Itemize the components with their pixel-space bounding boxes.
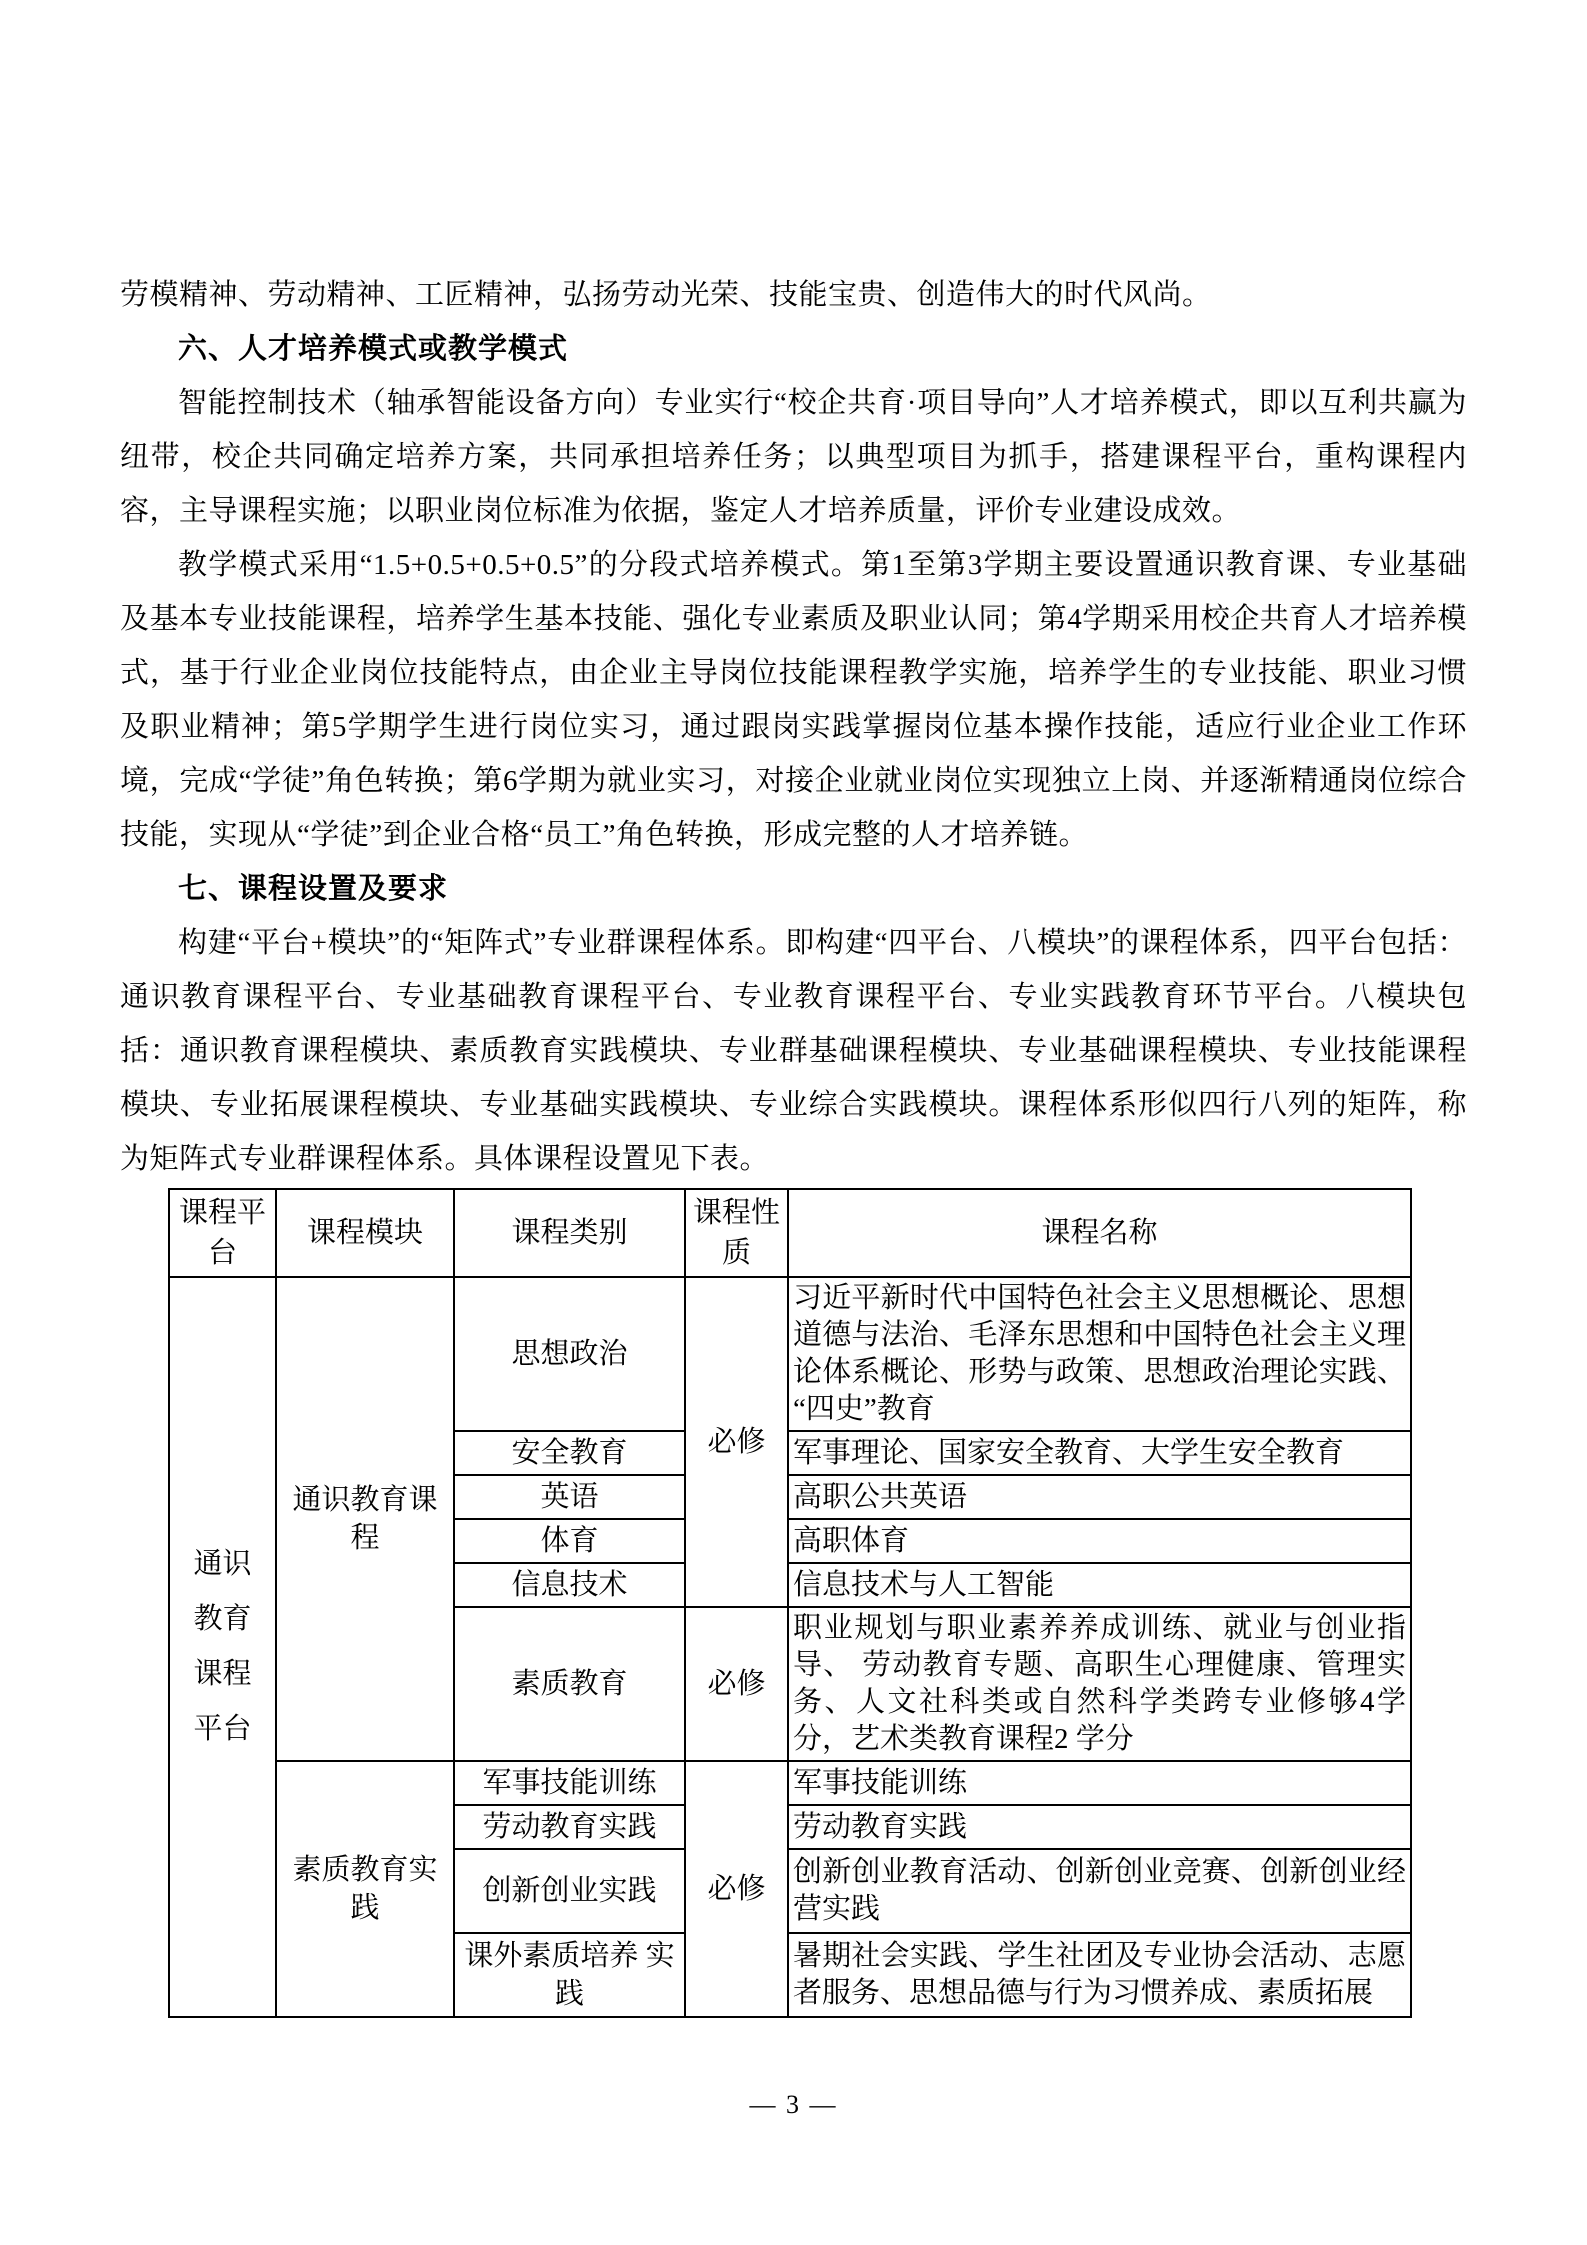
- courses-cell: 高职体育: [788, 1519, 1411, 1563]
- courses-cell: 信息技术与人工智能: [788, 1563, 1411, 1607]
- section6-paragraph-2: 教学模式采用“1.5+0.5+0.5+0.5”的分段式培养模式。第1至第3学期主…: [120, 538, 1467, 862]
- header-course-name: 课程名称: [788, 1189, 1411, 1277]
- table-header-row: 课程平台 课程模块 课程类别 课程性质 课程名称: [169, 1189, 1411, 1277]
- section6-paragraph-1: 智能控制技术（轴承智能设备方向）专业实行“校企共育·项目导向”人才培养模式，即以…: [120, 376, 1467, 538]
- category-cell: 信息技术: [454, 1563, 685, 1607]
- table-row: 素质教育实践 军事技能训练 必修 军事技能训练: [169, 1761, 1411, 1805]
- page-number: — 3 —: [750, 2090, 838, 2119]
- document-page: { "document": { "intro_line": "劳模精神、劳动精神…: [0, 0, 1587, 2245]
- category-cell: 创新创业实践: [454, 1849, 685, 1933]
- category-cell: 体育: [454, 1519, 685, 1563]
- section7-paragraph-1: 构建“平台+模块”的“矩阵式”专业群课程体系。即构建“四平台、八模块”的课程体系…: [120, 916, 1467, 1186]
- platform-line: 教育: [174, 1592, 271, 1647]
- intro-paragraph: 劳模精神、劳动精神、工匠精神，弘扬劳动光荣、技能宝贵、创造伟大的时代风尚。: [120, 268, 1467, 322]
- page-content: 劳模精神、劳动精神、工匠精神，弘扬劳动光荣、技能宝贵、创造伟大的时代风尚。 六、…: [0, 0, 1587, 2018]
- category-cell: 英语: [454, 1475, 685, 1519]
- nature-cell: 必修: [685, 1761, 788, 2017]
- category-cell: 思想政治: [454, 1277, 685, 1431]
- header-course-module: 课程模块: [276, 1189, 454, 1277]
- module-cell: 通识教育课程: [276, 1277, 454, 1761]
- courses-cell: 习近平新时代中国特色社会主义思想概论、思想道德与法治、毛泽东思想和中国特色社会主…: [788, 1277, 1411, 1431]
- courses-cell: 军事理论、国家安全教育、大学生安全教育: [788, 1431, 1411, 1475]
- category-cell: 劳动教育实践: [454, 1805, 685, 1849]
- courses-cell: 职业规划与职业素养养成训练、就业与创业指导、 劳动教育专题、高职生心理健康、管理…: [788, 1607, 1411, 1761]
- category-cell: 素质教育: [454, 1607, 685, 1761]
- nature-cell: 必修: [685, 1277, 788, 1607]
- nature-cell: 必修: [685, 1607, 788, 1761]
- header-course-platform: 课程平台: [169, 1189, 276, 1277]
- platform-line: 课程: [174, 1647, 271, 1702]
- section6-heading: 六、人才培养模式或教学模式: [120, 322, 1467, 376]
- platform-line: 平台: [174, 1702, 271, 1757]
- category-cell: 安全教育: [454, 1431, 685, 1475]
- table-row: 通识 教育 课程 平台 通识教育课程 思想政治 必修 习近平新时代中国特色社会主…: [169, 1277, 1411, 1431]
- header-course-nature: 课程性质: [685, 1189, 788, 1277]
- category-cell: 课外素质培养 实践: [454, 1933, 685, 2017]
- courses-cell: 劳动教育实践: [788, 1805, 1411, 1849]
- category-cell: 军事技能训练: [454, 1761, 685, 1805]
- header-course-category: 课程类别: [454, 1189, 685, 1277]
- courses-cell: 创新创业教育活动、创新创业竞赛、创新创业经营实践: [788, 1849, 1411, 1933]
- page-footer: — 3 —: [0, 2090, 1587, 2120]
- platform-cell: 通识 教育 课程 平台: [169, 1277, 276, 2017]
- courses-cell: 高职公共英语: [788, 1475, 1411, 1519]
- section7-heading: 七、课程设置及要求: [120, 862, 1467, 916]
- courses-cell: 军事技能训练: [788, 1761, 1411, 1805]
- courses-cell: 暑期社会实践、学生社团及专业协会活动、志愿者服务、思想品德与行为习惯养成、素质拓…: [788, 1933, 1411, 2017]
- module-cell: 素质教育实践: [276, 1761, 454, 2017]
- course-table: 课程平台 课程模块 课程类别 课程性质 课程名称 通识 教育 课程 平台 通识教…: [168, 1188, 1412, 2018]
- course-table-wrapper: 课程平台 课程模块 课程类别 课程性质 课程名称 通识 教育 课程 平台 通识教…: [168, 1188, 1467, 2018]
- platform-line: 通识: [174, 1537, 271, 1592]
